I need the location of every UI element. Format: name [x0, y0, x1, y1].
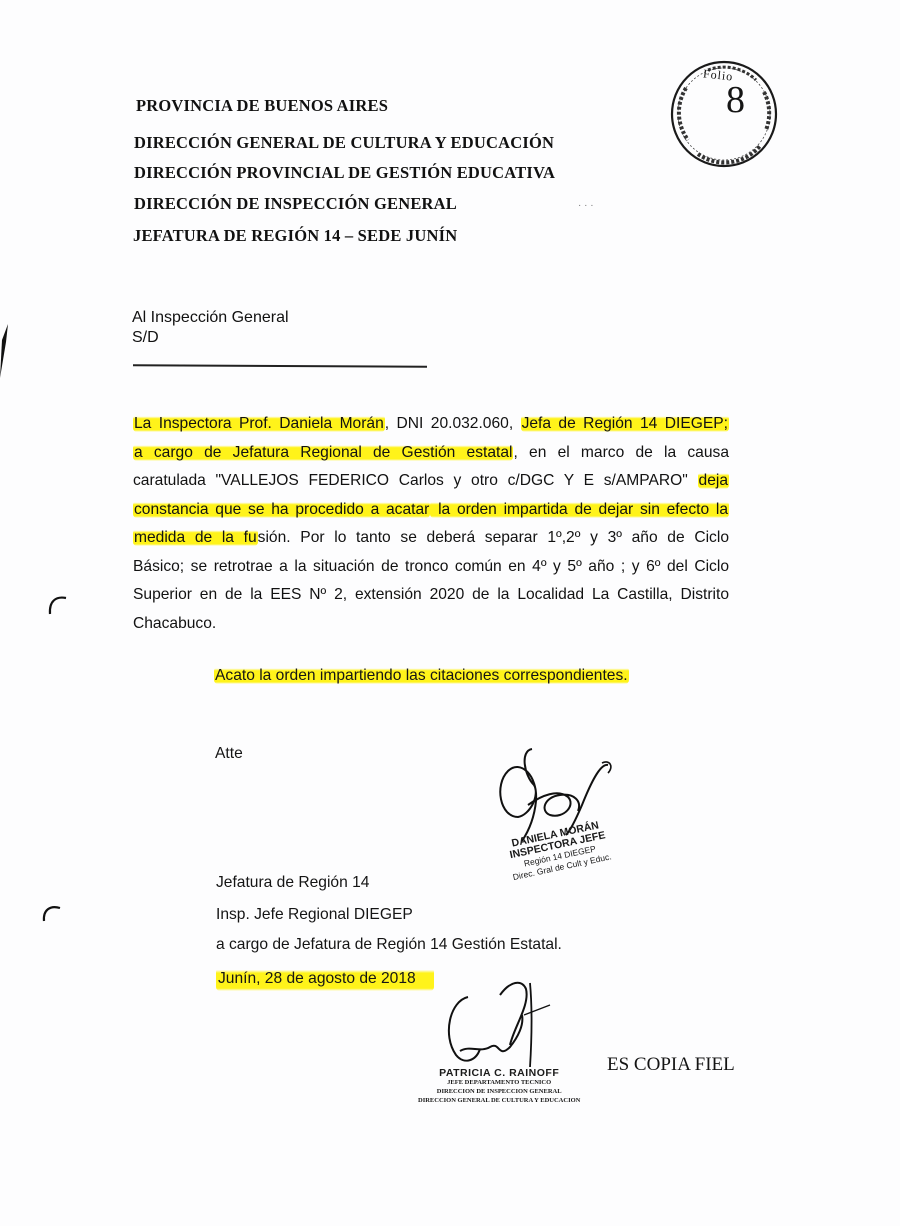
header-region-office: JEFATURA DE REGIÓN 14 – SEDE JUNÍN [133, 226, 457, 246]
signature-rainoff-icon [440, 975, 560, 1075]
signature-line-charge: a cargo de Jefatura de Región 14 Gestión… [216, 936, 562, 954]
stamp-rainoff-department: JEFE DEPARTAMENTO TECNICO [418, 1078, 580, 1087]
highlighted-text: deja [698, 472, 729, 489]
certified-copy-stamp: ES COPIA FIEL [607, 1054, 735, 1076]
body-text-segment: Básico; se retrotrae a la situación de t… [133, 558, 729, 575]
body-line: medida de la fusión. Por lo tanto se deb… [133, 524, 729, 553]
header-inspection-direction: DIRECCIÓN DE INSPECCIÓN GENERAL [134, 194, 457, 214]
closing-line: Acato la orden impartiendo las citacione… [214, 667, 629, 685]
speck: · · · [578, 200, 594, 211]
body-line: La Inspectora Prof. Daniela Morán, DNI 2… [133, 410, 729, 439]
binding-mark [0, 320, 12, 380]
addressee-divider [133, 364, 427, 368]
body-paragraph: La Inspectora Prof. Daniela Morán, DNI 2… [133, 410, 729, 638]
header-province: PROVINCIA DE BUENOS AIRES [136, 96, 388, 116]
body-text-segment: , DNI 20.032.060, [385, 415, 521, 432]
folio-number: 8 [726, 78, 745, 122]
highlighted-text: la orden impartida de dejar sin efecto l… [430, 501, 729, 518]
body-line: constancia que se ha procedido a acatar … [133, 496, 729, 525]
body-line: Básico; se retrotrae a la situación de t… [133, 553, 729, 582]
header-general-direction: DIRECCIÓN GENERAL DE CULTURA Y EDUCACIÓN [134, 133, 554, 153]
punch-hole-mark-top [44, 595, 70, 621]
body-line: a cargo de Jefatura Regional de Gestión … [133, 439, 729, 468]
stamp-rainoff-general-direction: DIRECCION GENERAL DE CULTURA Y EDUCACION [418, 1096, 580, 1105]
highlighted-text: La Inspectora Prof. Daniela Morán [133, 415, 385, 432]
place-date-text: Junín, 28 de agosto de 2018 [216, 968, 434, 991]
punch-hole-mark-bottom [38, 903, 64, 929]
signature-line-role: Insp. Jefe Regional DIEGEP [216, 906, 413, 924]
stamp-rainoff: PATRICIA C. RAINOFF JEFE DEPARTAMENTO TE… [418, 1068, 580, 1105]
stamp-rainoff-direction: DIRECCION DE INSPECCION GENERAL [418, 1087, 580, 1096]
addressee-to: Al Inspección General [132, 309, 289, 327]
body-text-segment: sión. Por lo tanto se deberá separar 1º,… [258, 529, 729, 546]
body-text-segment: , en el marco de la causa [513, 444, 729, 461]
document-page: PROVINCIA DE BUENOS AIRES DIRECCIÓN GENE… [0, 0, 900, 1226]
highlighted-text: Jefa de Región 14 DIEGEP; [521, 415, 729, 432]
highlighted-text: a cargo de Jefatura Regional de Gestión … [133, 444, 513, 461]
closing-text: Acato la orden impartiendo las citacione… [214, 667, 629, 684]
body-line: Chacabuco. [133, 610, 729, 639]
body-text-segment: Superior en de la EES Nº 2, extensión 20… [133, 586, 729, 603]
signature-line-office: Jefatura de Región 14 [216, 874, 369, 892]
header-provincial-direction: DIRECCIÓN PROVINCIAL DE GESTIÓN EDUCATIV… [134, 163, 555, 183]
highlighted-text: constancia que se ha procedido a acatar [133, 501, 430, 518]
highlighted-text: medida de la fu [133, 529, 258, 546]
addressee-salutation: S/D [132, 329, 159, 347]
body-text-segment: Chacabuco. [133, 615, 216, 632]
body-line: Superior en de la EES Nº 2, extensión 20… [133, 581, 729, 610]
place-date: Junín, 28 de agosto de 2018 [216, 970, 434, 988]
body-text-segment: caratulada "VALLEJOS FEDERICO Carlos y o… [133, 472, 698, 489]
regards: Atte [215, 745, 243, 763]
body-line: caratulada "VALLEJOS FEDERICO Carlos y o… [133, 467, 729, 496]
